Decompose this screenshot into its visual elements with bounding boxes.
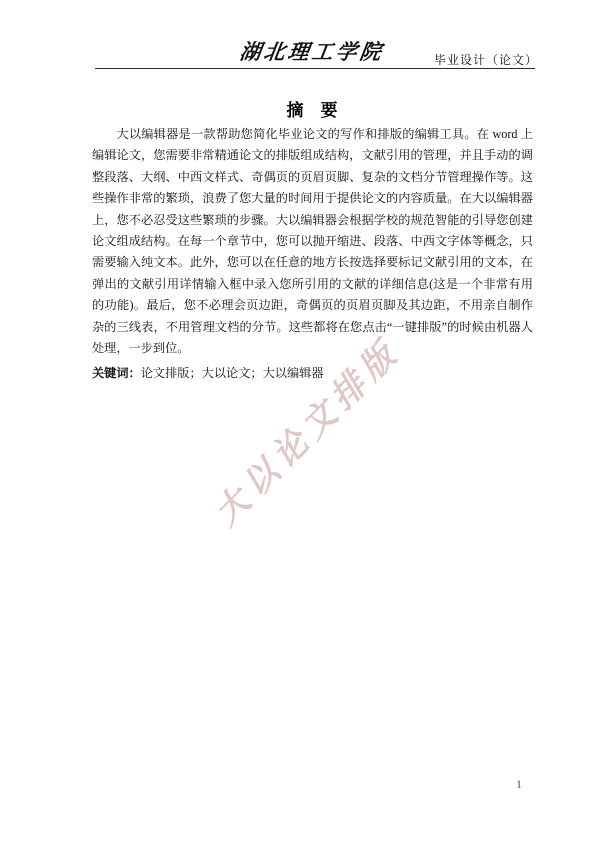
body-line: 整段落、大纲、中西文样式、奇偶页的页眉页脚、复杂的文档分节管理操作等。这 bbox=[92, 167, 533, 188]
body-line: 弹出的文献引用详情输入框中录入您所引用的文献的详细信息(这是一个非常有用 bbox=[92, 274, 533, 295]
body-line: 大以编辑器是一款帮助您简化毕业论文的写作和排版的编辑工具。在 word 上 bbox=[92, 124, 533, 145]
body-line: 编辑论文，您需要非常精通论文的排版组成结构，文献引用的管理，并且手动的调 bbox=[92, 145, 533, 166]
body-line: 处理，一步到位。 bbox=[92, 338, 533, 359]
body-line: 些操作非常的繁琐，浪费了您大量的时间用于提供论文的内容质量。在大以编辑器 bbox=[92, 188, 533, 209]
body-line: 杂的三线表，不用管理文档的分节。这些都将在您点击“一键排版”的时候由机器人 bbox=[92, 317, 533, 338]
page-number: 1 bbox=[516, 777, 522, 792]
body-line: 需要输入纯文本。此外，您可以在任意的地方长按选择要标记文献引用的文本，在 bbox=[92, 252, 533, 273]
body-line: 的功能)。最后，您不必理会页边距，奇偶页的页眉页脚及其边距，不用亲自制作复 bbox=[92, 295, 533, 316]
document-page: 湖北理工学院 毕业设计（论文） 摘 要 大以编辑器是一款帮助您简化毕业论文的写作… bbox=[0, 0, 595, 842]
body-line: 上，您不必忍受这些繁琐的步骤。大以编辑器会根据学校的规范智能的引导您创建 bbox=[92, 210, 533, 231]
header-divider bbox=[95, 68, 535, 69]
abstract-paragraph: 大以编辑器是一款帮助您简化毕业论文的写作和排版的编辑工具。在 word 上编辑论… bbox=[92, 124, 533, 359]
doc-type-label: 毕业设计（论文） bbox=[434, 51, 538, 68]
keywords-value: 论文排版；大以论文；大以编辑器 bbox=[141, 366, 324, 380]
abstract-title: 摘 要 bbox=[92, 96, 532, 121]
keywords-label: 关键词： bbox=[92, 366, 141, 380]
body-line: 论文组成结构。在每一个章节中，您可以抛开缩进、段落、中西文字体等概念，只 bbox=[92, 231, 533, 252]
keywords-line: 关键词：论文排版；大以论文；大以编辑器 bbox=[92, 363, 533, 384]
